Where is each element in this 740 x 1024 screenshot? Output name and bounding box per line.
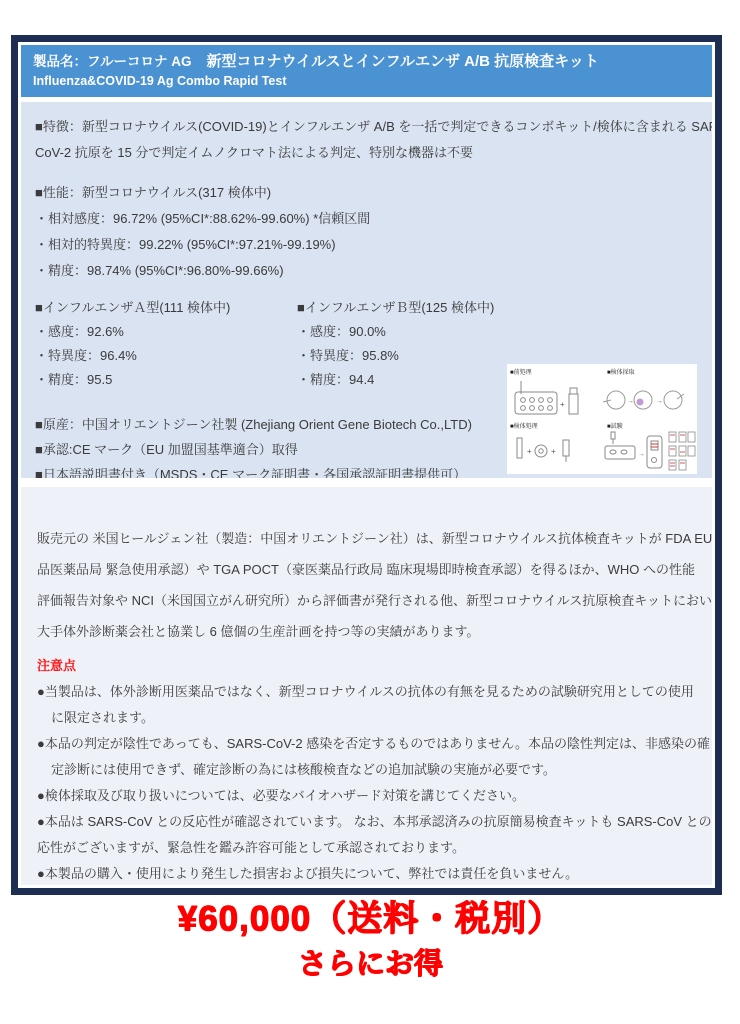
svg-text:+: + — [551, 447, 556, 456]
performance-line: ・精度：98.74% (95%CI*:96.80%-99.66%) — [35, 258, 698, 284]
caution-line: ●検体採取及び取り扱いについては、必要なバイオハザード対策を講じてください。 — [37, 783, 696, 809]
sales-line: 評価報告対象や NCI（米国国立がん研究所）から評価書が発行される他、新型コロナ… — [37, 585, 696, 616]
caution-line: 応性がございますが、緊急性を鑑み許容可能として承認されております。 — [37, 835, 696, 861]
influenza-a-heading: ■インフルエンザＡ型(111 検体中) — [35, 296, 297, 320]
product-label: 製品名：フルーコロナ AG — [33, 54, 191, 69]
svg-text:■試験: ■試験 — [607, 422, 623, 430]
influenza-a-line: ・精度：95.5 — [35, 368, 297, 392]
influenza-a-line: ・特異度：96.4% — [35, 344, 297, 368]
caution-line: ●本品は SARS-CoV との反応性が確認されています。 なお、本邦承認済みの… — [37, 809, 696, 835]
sales-line: 大手体外診断薬会社と協業し 6 億個の生産計画を持つ等の実績があります。 — [37, 616, 696, 647]
sales-line: 品医薬品局 緊急使用承認）や TGA POCT（豪医薬品行政局 臨床現場即時検査… — [37, 554, 696, 585]
spec-section: ■特徴：新型コロナウイルス(COVID-19)とインフルエンザ A/B を一括で… — [21, 102, 712, 478]
svg-text:+: + — [560, 400, 565, 409]
svg-text:→: → — [638, 451, 645, 458]
performance-line: ・相対感度：96.72% (95%CI*:88.62%-99.60%) *信頼区… — [35, 206, 698, 232]
influenza-a-line: ・感度：92.6% — [35, 320, 297, 344]
caution-line: ●本品の判定が陰性であっても、SARS-CoV-2 感染を否定するものではありま… — [37, 731, 696, 757]
caution-line: 定診断には使用できず、確定診断の為には核酸検査などの追加試験の実施が必要です。 — [37, 757, 696, 783]
caution-heading: 注意点 — [37, 653, 696, 679]
svg-text:→: → — [627, 398, 634, 405]
feature-line: CoV-2 抗原を 15 分で判定イムノクロマト法による判定、特別な機器は不要 — [35, 140, 698, 166]
caution-line: に限定されます。 — [37, 705, 696, 731]
influenza-a-column: ■インフルエンザＡ型(111 検体中) ・感度：92.6% ・特異度：96.4%… — [35, 296, 297, 392]
product-title-line: 製品名：フルーコロナ AG 新型コロナウイルスとインフルエンザ A/B 抗原検査… — [33, 51, 700, 72]
header-bar: 製品名：フルーコロナ AG 新型コロナウイルスとインフルエンザ A/B 抗原検査… — [21, 45, 712, 97]
influenza-b-line: ・感度：90.0% — [297, 320, 698, 344]
product-title: 新型コロナウイルスとインフルエンザ A/B 抗原検査キット — [207, 53, 599, 70]
product-subtitle: Influenza&COVID-19 Ag Combo Rapid Test — [33, 72, 700, 91]
flyer-border-frame: 製品名：フルーコロナ AG 新型コロナウイルスとインフルエンザ A/B 抗原検査… — [11, 35, 722, 895]
svg-text:■検体処理: ■検体処理 — [510, 422, 538, 430]
price-text: ¥60,000（送料・税別） — [0, 895, 740, 943]
caution-line: ●当製品は、体外診断用医薬品ではなく、新型コロナウイルスの抗体の有無を見るための… — [37, 679, 696, 705]
price-promo-text: さらにお得 — [0, 943, 740, 985]
description-section: 販売元の 米国ヒールジェン社（製造：中国オリエントジーン社）は、新型コロナウイル… — [21, 487, 712, 885]
svg-text:→: → — [656, 398, 663, 405]
performance-heading: ■性能：新型コロナウイルス(317 検体中) — [35, 180, 698, 206]
svg-text:■前処理: ■前処理 — [510, 368, 532, 376]
svg-text:■検体採取: ■検体採取 — [607, 368, 635, 376]
sales-line: 販売元の 米国ヒールジェン社（製造：中国オリエントジーン社）は、新型コロナウイル… — [37, 523, 696, 554]
performance-line: ・相対的特異度：99.22% (95%CI*:97.21%-99.19%) — [35, 232, 698, 258]
svg-text:+: + — [527, 447, 532, 456]
influenza-b-heading: ■インフルエンザＢ型(125 検体中) — [297, 296, 698, 320]
price-block: ¥60,000（送料・税別） さらにお得 — [0, 895, 740, 985]
feature-line: ■特徴：新型コロナウイルス(COVID-19)とインフルエンザ A/B を一括で… — [35, 114, 698, 140]
instruction-diagram-image: ■前処理 ■検体採取 ■検体処理 ■試験 + — [507, 364, 697, 474]
instruction-diagram: ■前処理 ■検体採取 ■検体処理 ■試験 + — [507, 364, 697, 474]
caution-line: ●本製品の購入・使用により発生した損害および損失について、弊社では責任を負いませ… — [37, 861, 696, 885]
